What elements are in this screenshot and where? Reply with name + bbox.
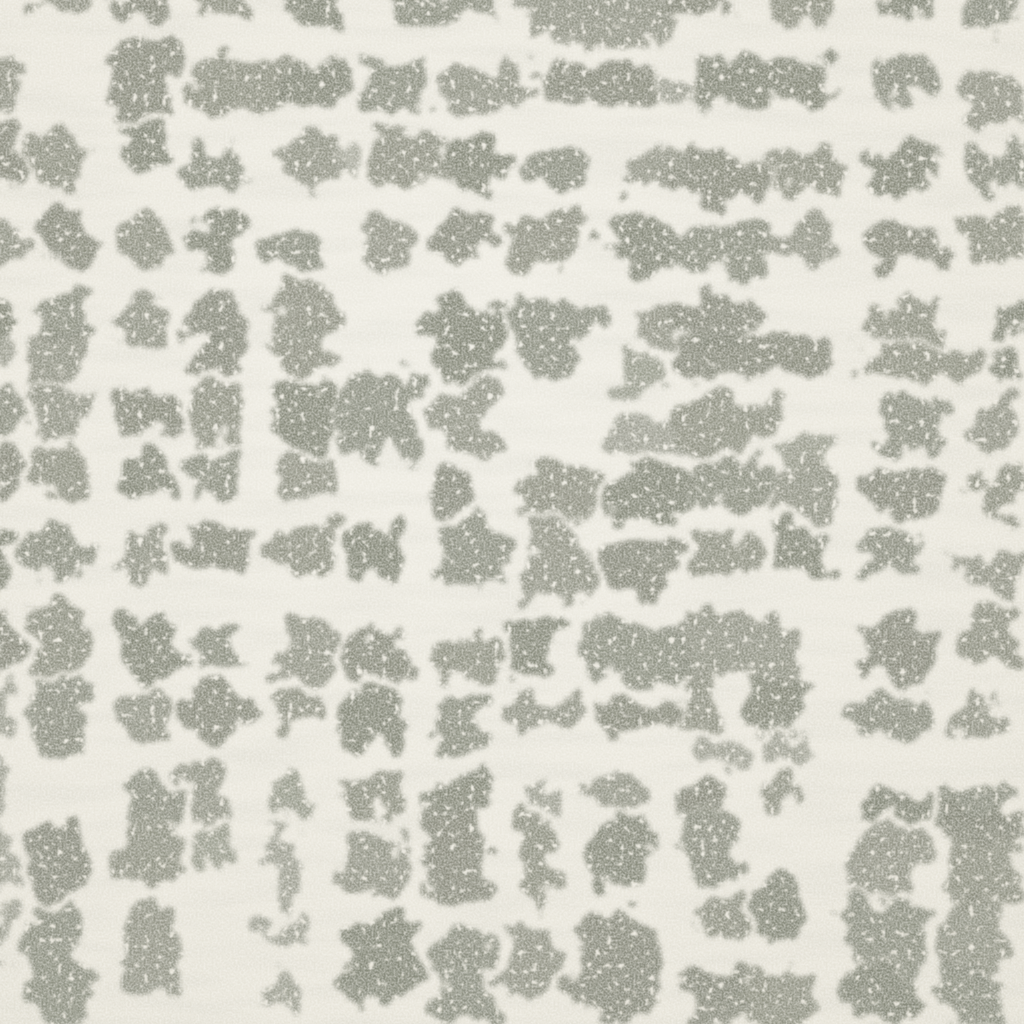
fiber-fluff-grain bbox=[0, 0, 1024, 1024]
rug-texture-canvas bbox=[0, 0, 1024, 1024]
rug-texture-photo: Close-up detail photograph of a plush ar… bbox=[0, 0, 1024, 1024]
